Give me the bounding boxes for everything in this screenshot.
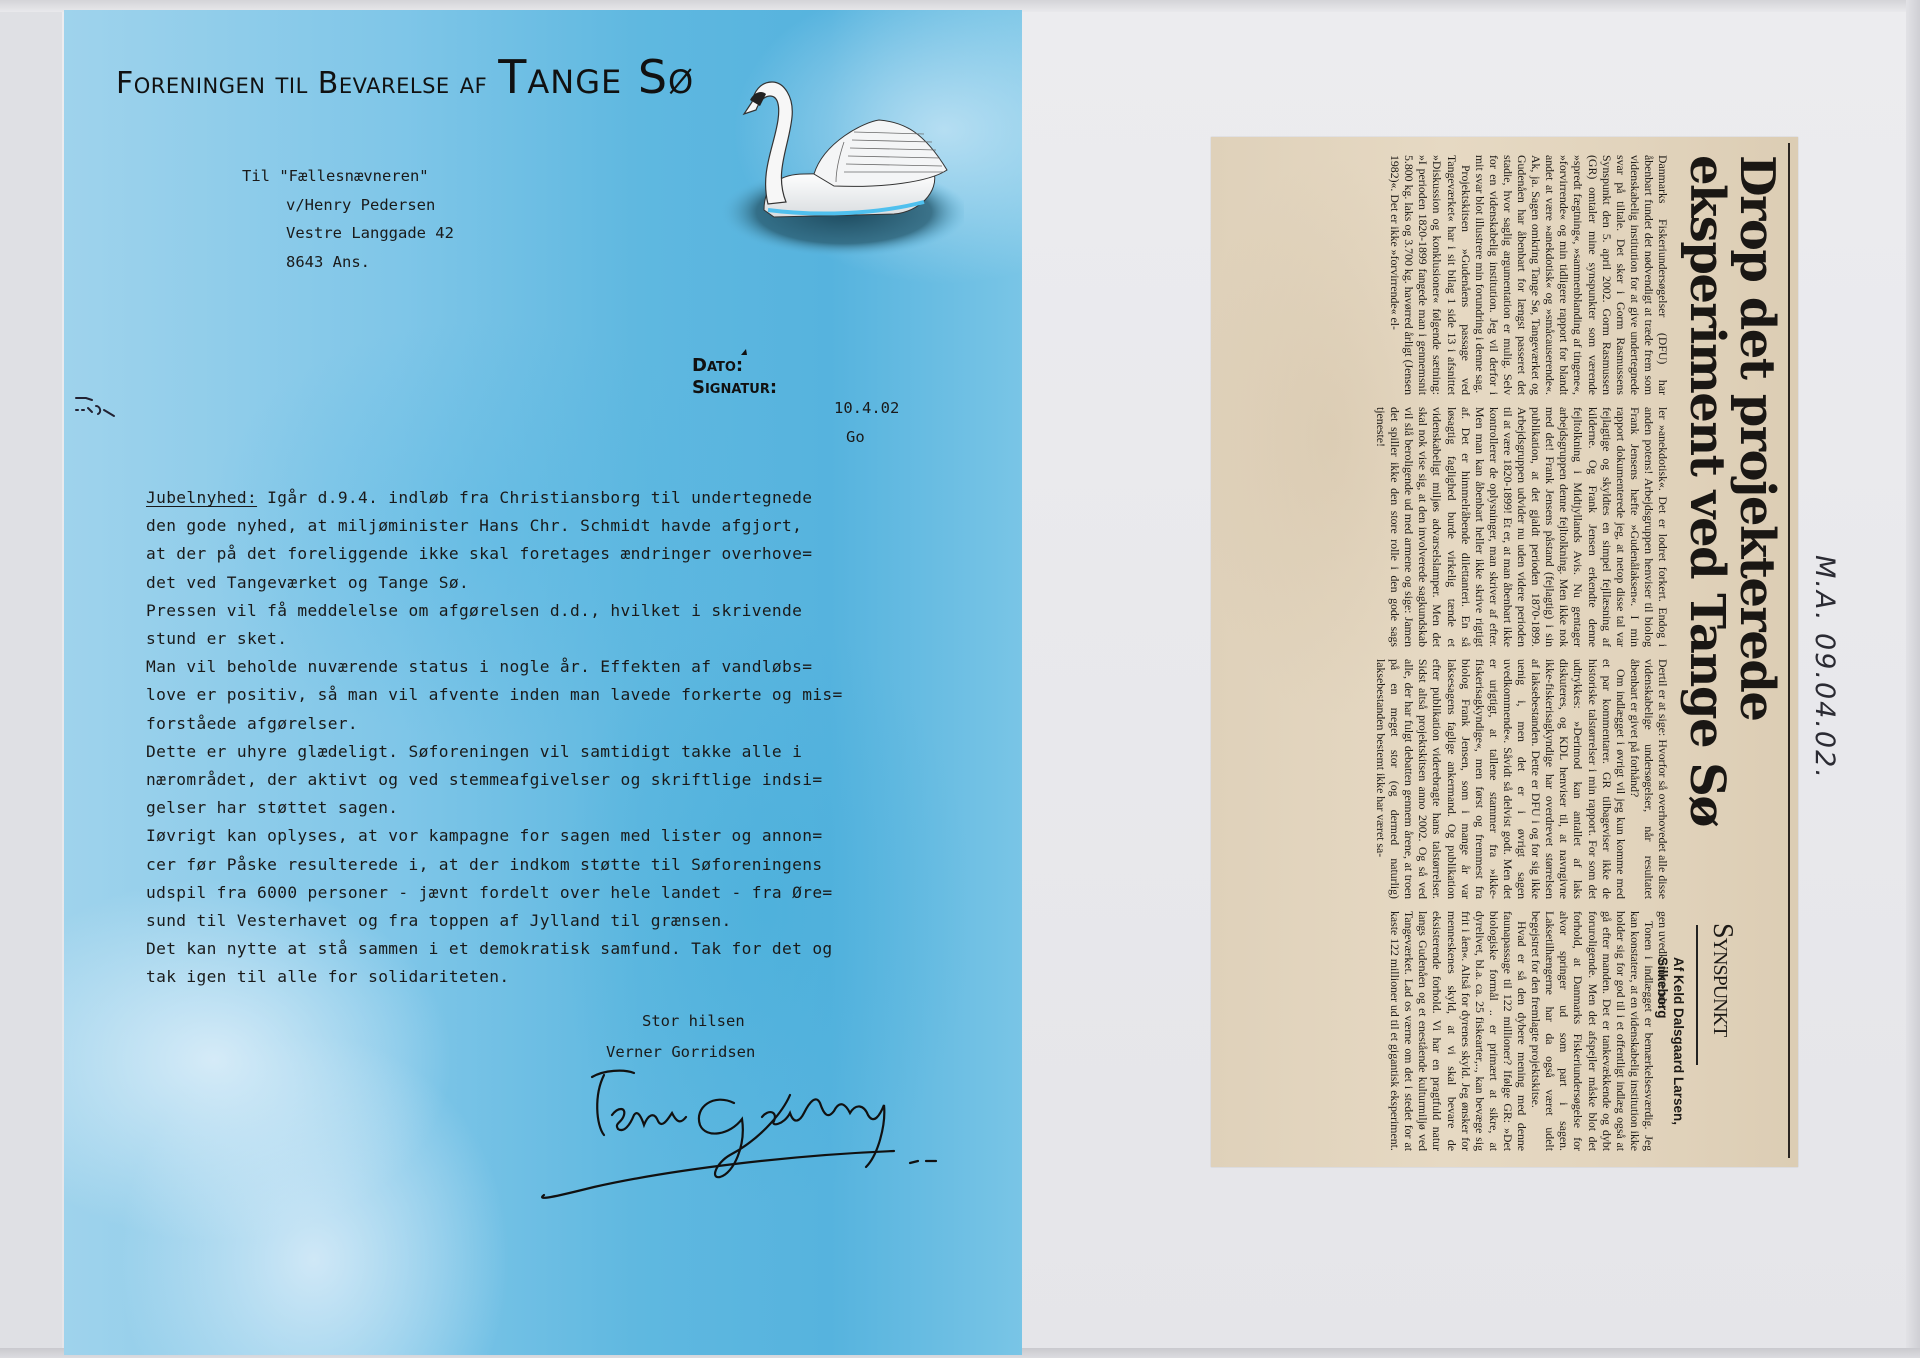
letter-page: Foreningen til Bevarelse af Tange Sø: [64, 10, 1022, 1355]
clipping-kicker: Synspunkt: [1706, 923, 1738, 1153]
body-line: Dette er uhyre glædeligt. Søforeningen v…: [146, 738, 966, 766]
newspaper-clipping: Drop det projekterede eksperiment ved Ta…: [1211, 137, 1798, 1167]
body-line: Det kan nytte at stå sammen i et demokra…: [146, 935, 966, 963]
address-line: v/Henry Pedersen: [242, 191, 454, 220]
body-line: gelser har støttet sagen.: [146, 794, 966, 822]
signature-value: Go: [834, 423, 899, 452]
clipping-headline: Drop det projekterede eksperiment ved Ta…: [1682, 155, 1782, 915]
letterhead-name: Tange Sø: [498, 50, 694, 104]
address-line: Til "Fællesnævneren": [242, 162, 454, 191]
address-line: Vestre Langgade 42: [242, 219, 454, 248]
handwritten-signature-icon: [534, 1055, 994, 1205]
body-line: tak igen til alle for solidariteten.: [146, 963, 966, 991]
body-line: cer før Påske resulterede i, at der indk…: [146, 851, 966, 879]
body-line: det ved Tangeværket og Tange Sø.: [146, 569, 966, 597]
letterhead-title: Foreningen til Bevarelse af Tange Sø: [116, 50, 694, 104]
body-heading: Jubelnyhed:: [146, 488, 257, 507]
clipping-rule: [1788, 143, 1790, 1158]
body-line: love er positiv, så man vil afvente inde…: [146, 681, 966, 709]
margin-ink-mark-icon: [74, 392, 134, 432]
letterhead-prefix: Foreningen til Bevarelse af: [116, 66, 487, 101]
body-line: sund til Vesterhavet og fra toppen af Jy…: [146, 907, 966, 935]
recipient-address: Til "Fællesnævneren" v/Henry Pedersen Ve…: [242, 162, 454, 276]
sheet-right-edge: [1906, 0, 1920, 1358]
clipping-column: ler »anekdotisk«. Det er lodret forkert.…: [1374, 407, 1670, 647]
body-line: Iøvrigt kan oplyses, at vor kampagne for…: [146, 822, 966, 850]
body-line: udspil fra 6000 personer - jævnt fordelt…: [146, 879, 966, 907]
closing-greeting: Stor hilsen: [642, 1006, 755, 1037]
body-line: nærområdet, der aktivt og ved stemmeafgi…: [146, 766, 966, 794]
clipping-column: Danmarks Fiskeriundersøgelser (DFU) har …: [1388, 155, 1670, 395]
meta-labels: Dato: Signatur:: [692, 355, 777, 399]
body-line: Man vil beholde nuværende status i nogle…: [146, 653, 966, 681]
body-line: Pressen vil få meddelelse om afgørelsen …: [146, 597, 966, 625]
address-line: 8643 Ans.: [242, 248, 454, 277]
body-line: Jubelnyhed: Igår d.9.4. indløb fra Chris…: [146, 484, 966, 512]
letter-body: Jubelnyhed: Igår d.9.4. indløb fra Chris…: [146, 484, 966, 992]
body-line: den gode nyhed, at miljøminister Hans Ch…: [146, 512, 966, 540]
body-line: at der på det foreliggende ikke skal for…: [146, 540, 966, 568]
date-value: 10.4.02: [834, 394, 899, 423]
body-line: stund er sket.: [146, 625, 966, 653]
clipping-content: Drop det projekterede eksperiment ved Ta…: [1211, 137, 1798, 1167]
date-label: Dato:: [692, 355, 777, 377]
meta-values: 10.4.02 Go: [834, 394, 899, 452]
sheet-margin: [0, 0, 62, 1358]
handwritten-date-note: M.A. 09.04.02.: [1792, 555, 1852, 785]
clipping-column: Dertil er at sige: Hvorfor så overhovede…: [1374, 659, 1670, 899]
clipping-columns: Danmarks Fiskeriundersøgelser (DFU) har …: [1215, 155, 1670, 1155]
signature-label: Signatur:: [692, 377, 777, 399]
clipping-column: gen uvedkommende. Tonen i indlægget er b…: [1388, 911, 1670, 1151]
body-line: forståede afgørelser.: [146, 710, 966, 738]
swan-logo-icon: [704, 62, 964, 262]
